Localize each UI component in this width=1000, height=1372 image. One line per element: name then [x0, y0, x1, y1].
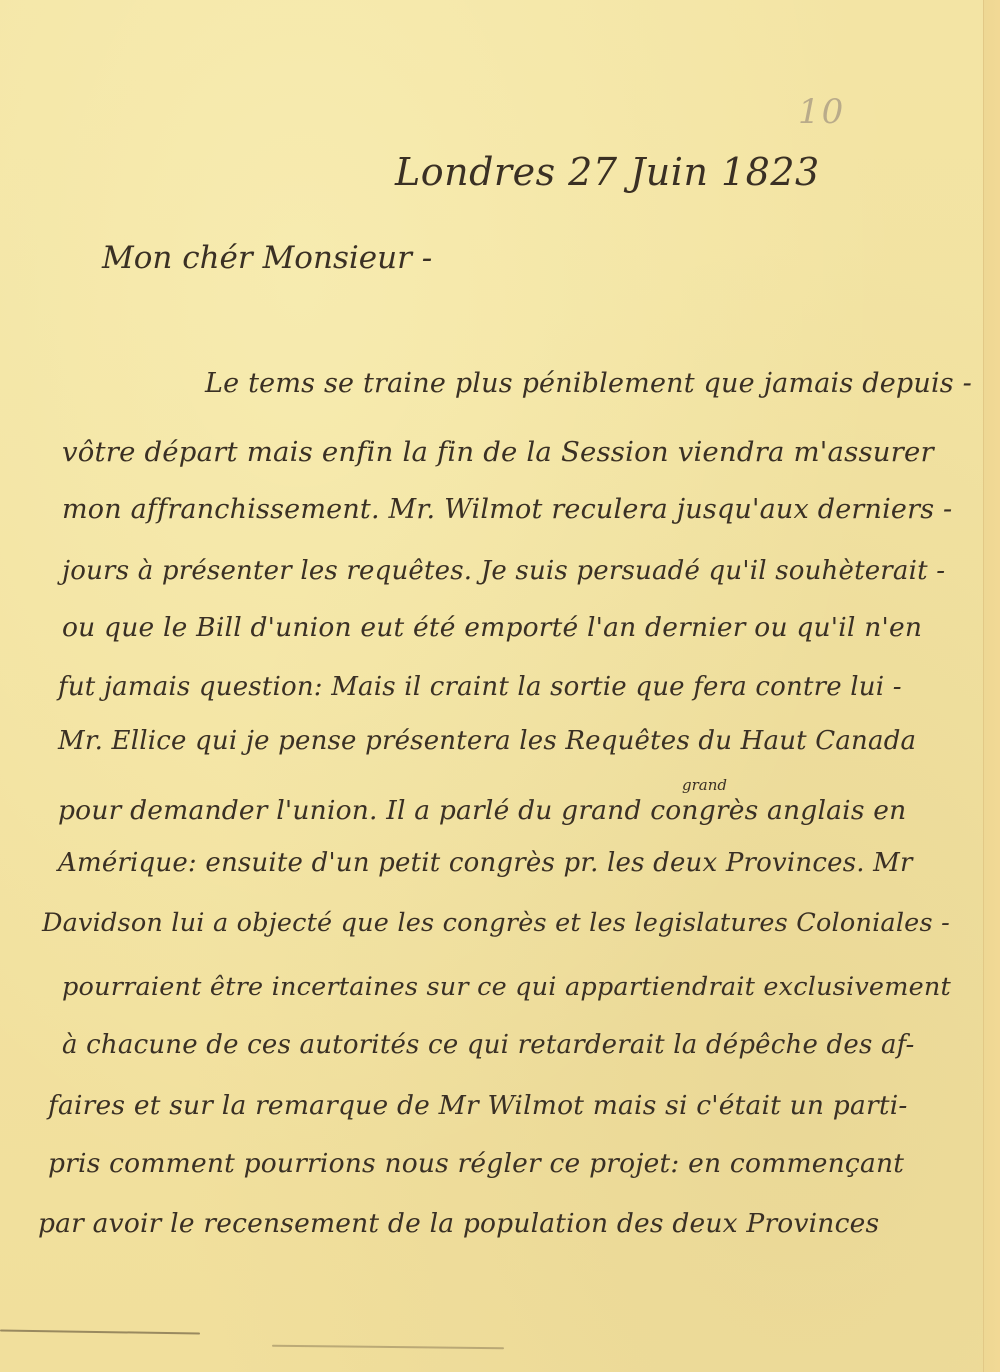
salutation: Mon chér Monsieur -	[102, 240, 432, 276]
letter-line-14: pris comment pourrions nous régler ce pr…	[48, 1148, 904, 1179]
letter-line-9: Amérique: ensuite d'un petit congrès pr.…	[58, 848, 913, 878]
letter-line-1: Le tems se traine plus péniblement que j…	[205, 368, 972, 399]
letter-line-11: pourraient être incertaines sur ce qui a…	[62, 972, 951, 1002]
letter-line-4: jours à présenter les requêtes. Je suis …	[62, 556, 945, 586]
dateline: Londres 27 Juin 1823	[395, 150, 820, 194]
letter-line-7: Mr. Ellice qui je pense présentera les R…	[58, 726, 916, 756]
letter-line-13: faires et sur la remarque de Mr Wilmot m…	[48, 1090, 908, 1121]
letter-line-10: Davidson lui a objecté que les congrès e…	[42, 908, 950, 938]
letter-line-15: par avoir le recensement de la populatio…	[38, 1208, 879, 1239]
letter-line-8: pour demander l'union. Il a parlé du gra…	[58, 795, 906, 826]
letter-line-2: vôtre départ mais enfin la fin de la Ses…	[62, 436, 934, 468]
letter-line-5: ou que le Bill d'union eut été emporté l…	[62, 612, 922, 643]
letter-line-6: fut jamais question: Mais il craint la s…	[58, 672, 902, 702]
interlinear-insertion-grand: grand	[682, 776, 727, 794]
letter-body: Londres 27 Juin 1823 Mon chér Monsieur -…	[0, 0, 1000, 1372]
letter-line-3: mon affranchissement. Mr. Wilmot reculer…	[62, 494, 952, 525]
letter-page: 10 Londres 27 Juin 1823 Mon chér Monsieu…	[0, 0, 1000, 1372]
letter-line-12: à chacune de ces autorités ce qui retard…	[62, 1030, 915, 1060]
